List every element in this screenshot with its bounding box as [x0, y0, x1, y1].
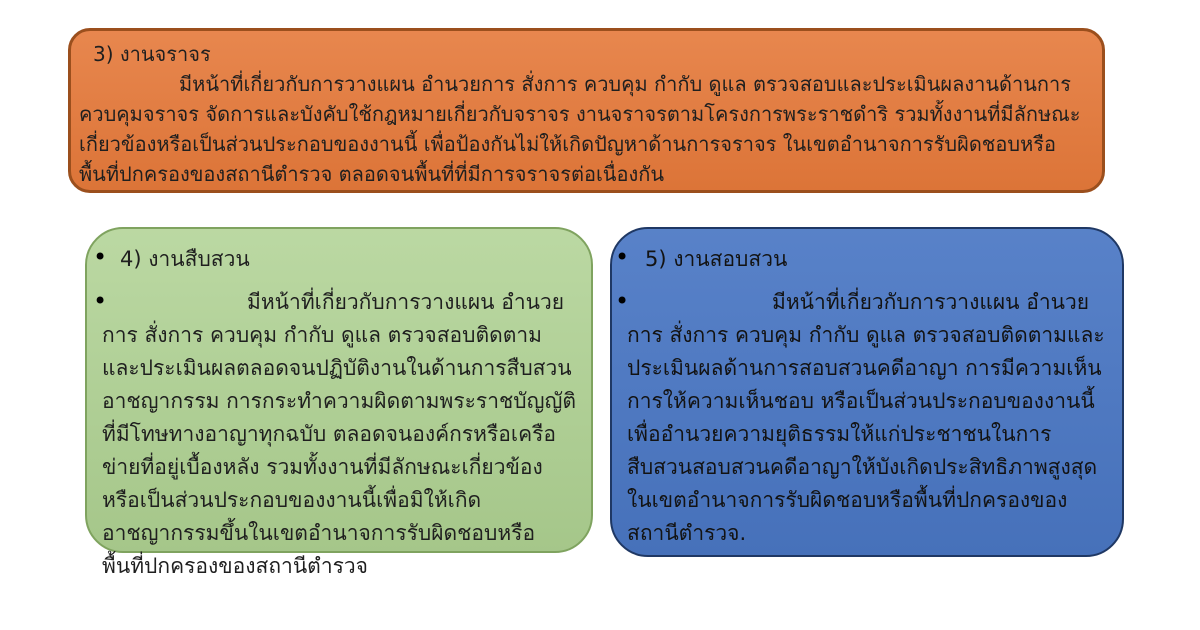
traffic-box: 3) งานจราจร มีหน้าที่เกี่ยวกับการวางแผน …	[68, 28, 1105, 193]
bullet-icon: •	[93, 245, 107, 269]
slide-canvas: 3) งานจราจร มีหน้าที่เกี่ยวกับการวางแผน …	[0, 0, 1200, 630]
bullet-icon: •	[615, 245, 629, 269]
inquiry-box-title: 5) งานสอบสวน	[627, 243, 1108, 276]
investigation-box-title: 4) งานสืบสวน	[102, 243, 577, 276]
traffic-box-body: มีหน้าที่เกี่ยวกับการวางแผน อำนวยการ สั่…	[79, 69, 1088, 189]
investigation-box-body: มีหน้าที่เกี่ยวกับการวางแผน อำนวยการ สั่…	[102, 286, 577, 583]
traffic-box-title: 3) งานจราจร	[79, 39, 1088, 69]
inquiry-box-body: มีหน้าที่เกี่ยวกับการวางแผน อำนวยการ สั่…	[627, 286, 1108, 550]
bullet-icon: •	[93, 289, 107, 313]
bullet-icon: •	[615, 289, 629, 313]
investigation-box: • • 4) งานสืบสวน มีหน้าที่เกี่ยวกับการวา…	[85, 227, 593, 553]
inquiry-box: • • 5) งานสอบสวน มีหน้าที่เกี่ยวกับการวา…	[610, 227, 1124, 557]
